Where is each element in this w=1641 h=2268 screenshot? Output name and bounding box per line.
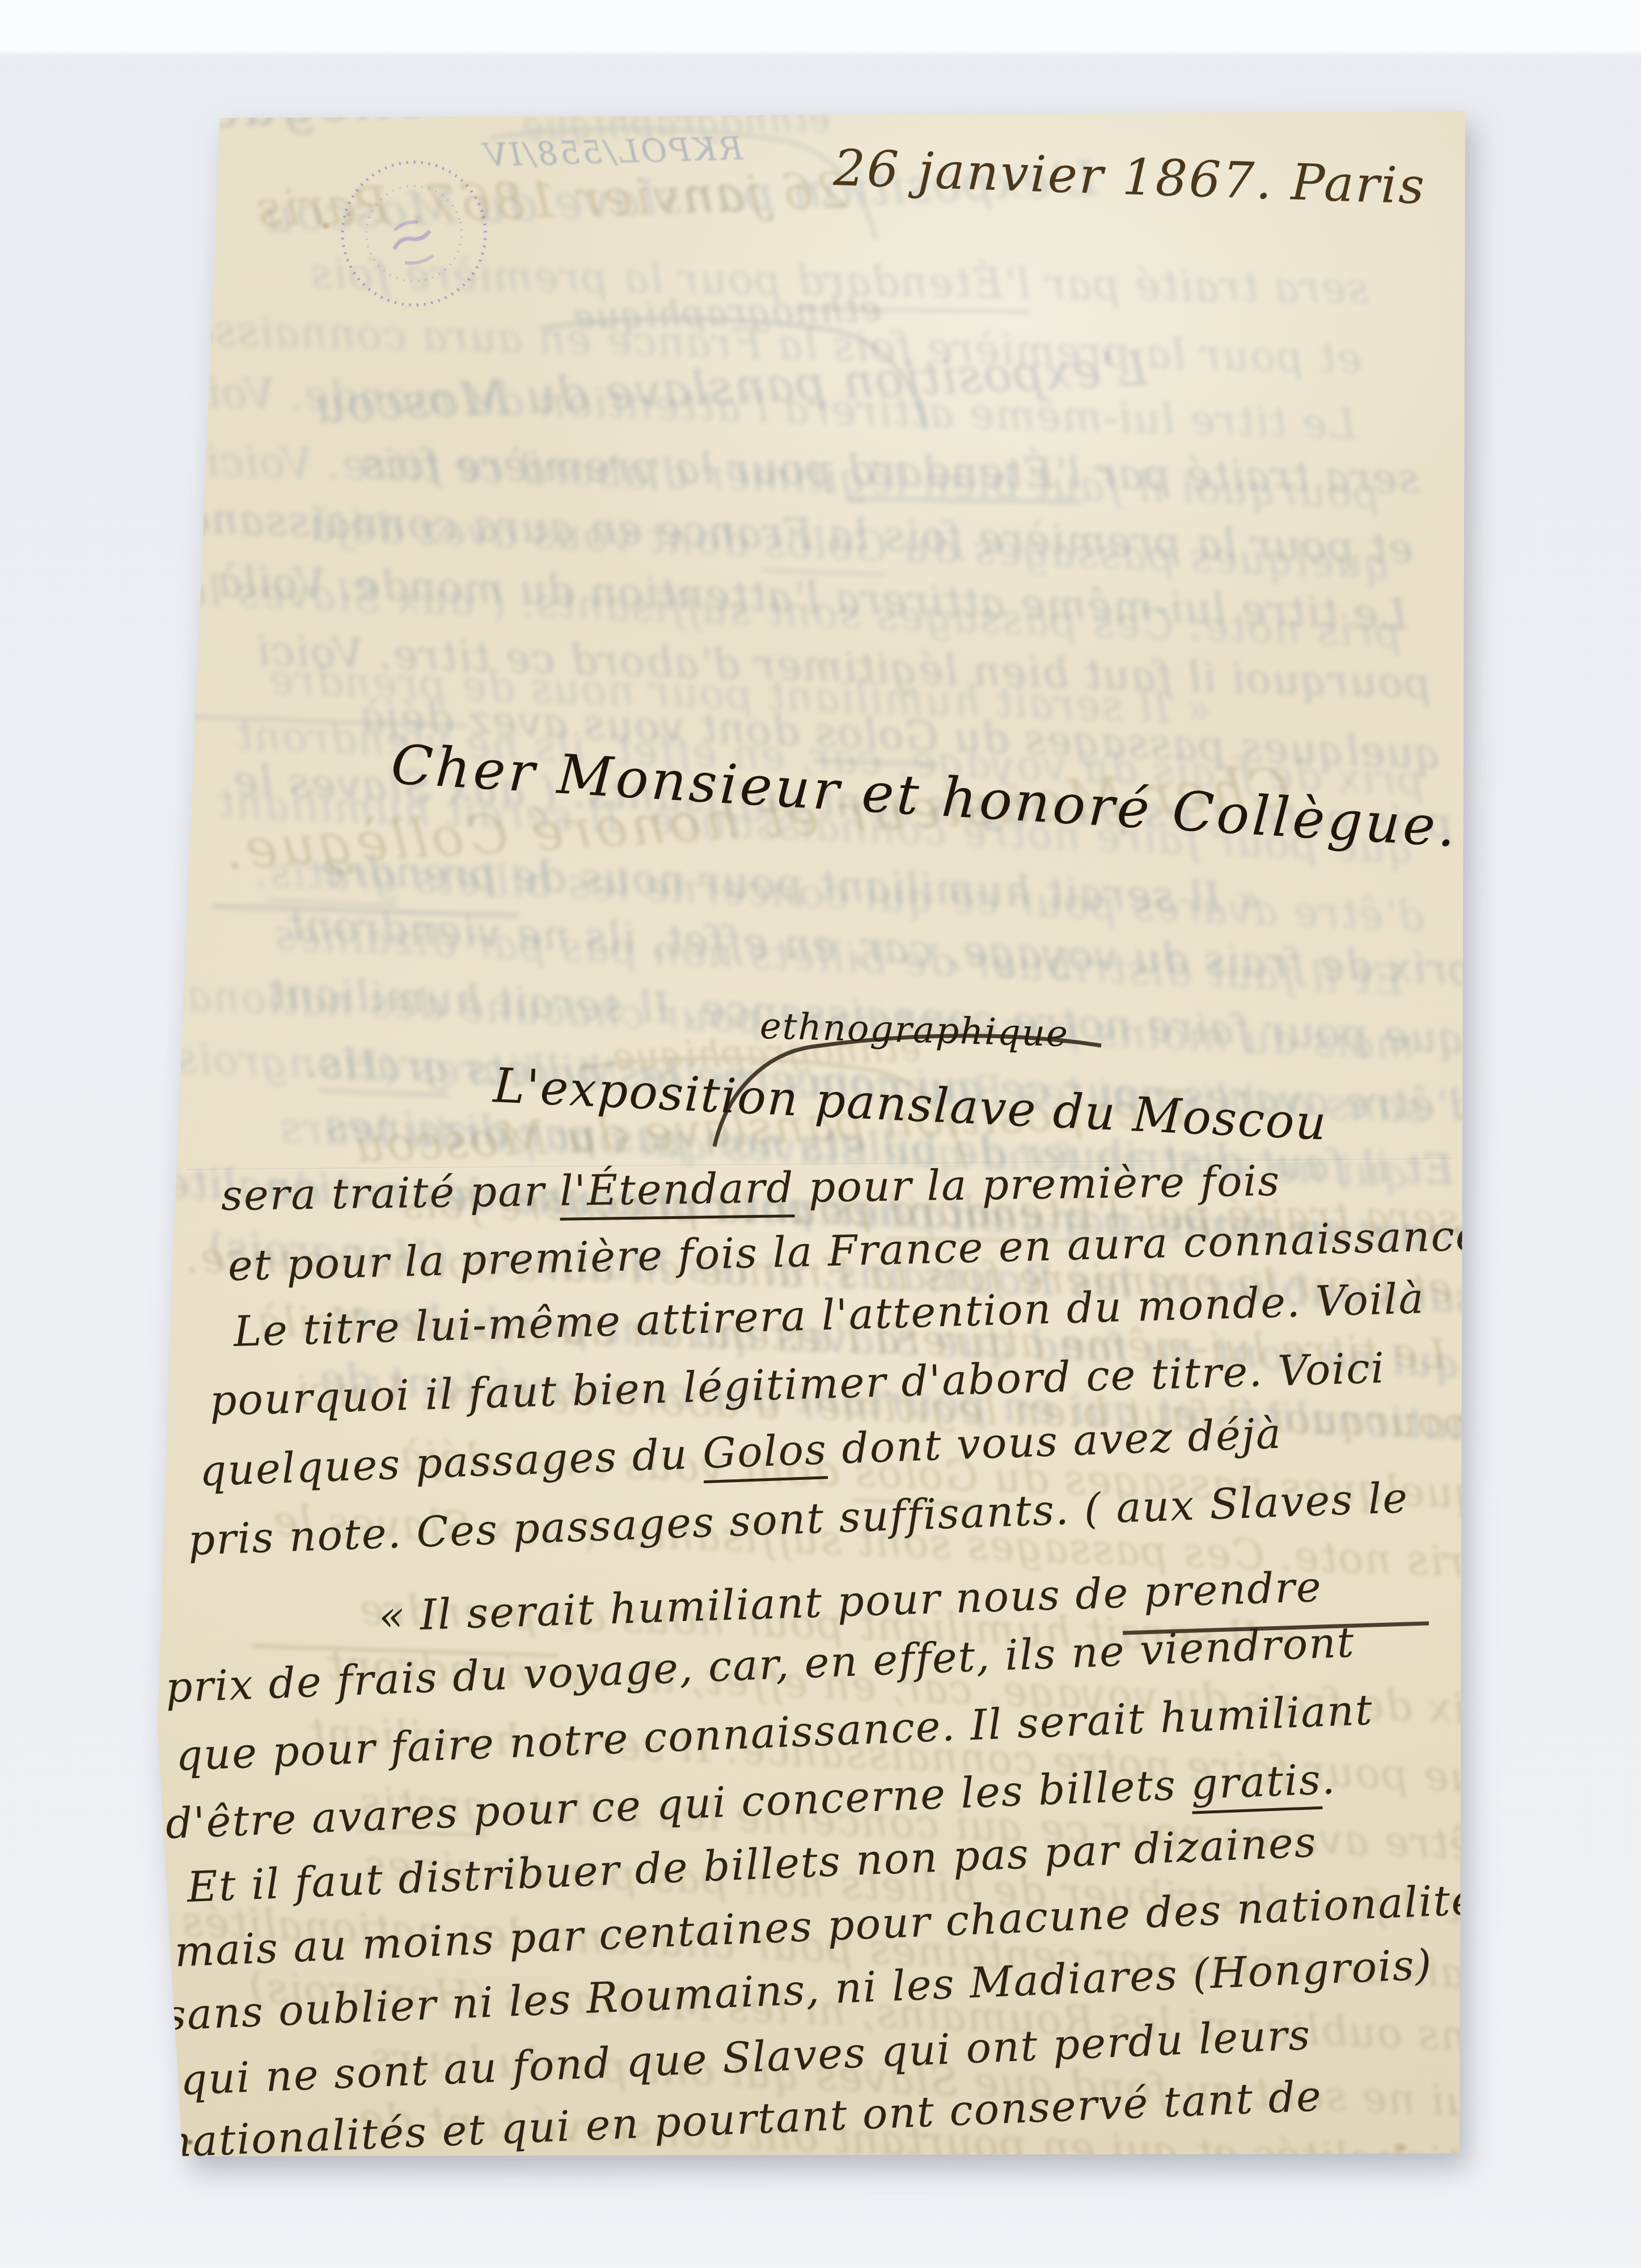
inserted-word: ethnographique — [759, 1008, 1069, 1052]
salutation: Cher Monsieur et honoré Collègue. — [390, 737, 1460, 855]
text-run: pour la première fois — [794, 1157, 1281, 1212]
underlined-text — [1499, 1875, 1501, 1928]
text-run: dont vous avez déjà — [826, 1409, 1283, 1474]
body-line: pourquoi il faut bien légitimer d'abord … — [209, 1347, 1386, 1422]
text-run — [1495, 1211, 1496, 1259]
body-line: sera traité par l'Étendard pour la premi… — [221, 1160, 1280, 1217]
text-run: Le titre lui-même attirera l'attention d… — [233, 1274, 1426, 1356]
body-line: Le titre lui-même attirera l'attention d… — [233, 1277, 1425, 1353]
ink-layer: 26 janvier 1867. Paris Cher Monsieur et … — [0, 0, 1641, 2268]
body-line: quelques passages du Golos dont vous ave… — [199, 1412, 1283, 1492]
body-line: et pour la première fois la France en au… — [227, 1214, 1496, 1287]
text-run: . — [1321, 1755, 1337, 1804]
text-run: sera traité par — [221, 1167, 560, 1220]
text-run: quelques passages du — [198, 1429, 703, 1496]
text-run — [1499, 1875, 1500, 1923]
underlined-text — [1495, 1211, 1496, 1264]
letter-page: 26 janvier 1867. Paris Cher Monsieur et … — [0, 0, 1641, 2268]
underlined-text: gratis — [1190, 1755, 1323, 1814]
dateline: 26 janvier 1867. Paris — [833, 143, 1427, 211]
underlined-text: Golos — [702, 1425, 828, 1483]
underlined-text: l'Étendard — [559, 1163, 794, 1221]
